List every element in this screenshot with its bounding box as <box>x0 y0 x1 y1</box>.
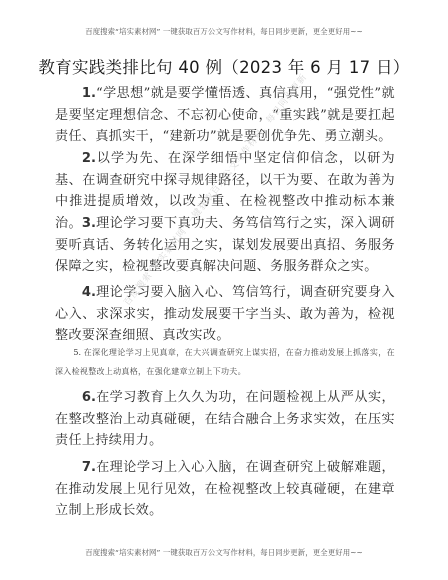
paragraph-text: 在学习教育上久久为功，在问题检视上从严从实，在整改整治上动真碰硬，在结合融合上务… <box>55 390 395 448</box>
paragraph-text: 在深化理论学习上见真章，在大兴调查研究上谋实招，在奋力推动发展上抓落实，在深入检… <box>55 348 395 376</box>
paragraph-text: “学思想”就是要学懂悟透、真信真用，“强党性”就是要坚定理想信念、不忘初心使命，… <box>55 86 395 144</box>
paragraph-4: 4.理论学习要入脑入心、笃信笃行，调查研究要身入心入、求深求实，推动发展要干字当… <box>55 282 395 347</box>
paragraph-1: 1.“学思想”就是要学懂悟透、真信真用，“强党性”就是要坚定理想信念、不忘初心使… <box>55 83 395 148</box>
header-note: 百度搜索“培实素材网” 一键获取百万公文写作材料，每日同步更新，更全更好用~~ <box>0 26 448 37</box>
paragraph-5: 5. 在深化理论学习上见真章，在大兴调查研究上谋实招，在奋力推动发展上抓落实，在… <box>55 343 395 381</box>
footer-note: 百度搜索“培实素材网” 一键获取百万公文写作材料，每日同步更新，更全更好用~~ <box>0 547 448 558</box>
paragraph-3: 3.理论学习要下真功夫、务笃信笃行之实，深入调研要听真话、务转化运用之实，谋划发… <box>55 213 395 278</box>
paragraph-number: 4. <box>82 285 96 300</box>
paragraph-text: 在理论学习上入心入脑，在调查研究上破解难题，在推动发展上见行见效，在检视整改上较… <box>55 460 395 518</box>
paragraph-7: 7.在理论学习上入心入脑，在调查研究上破解难题，在推动发展上见行见效，在检视整改… <box>55 457 395 522</box>
paragraph-6: 6.在学习教育上久久为功，在问题检视上从严从实，在整改整治上动真碰硬，在结合融合… <box>55 387 395 452</box>
paragraph-number: 5. <box>73 348 83 357</box>
document-title: 教育实践类排比句 40 例（2023 年 6 月 17 日） <box>0 54 448 78</box>
paragraph-number: 1. <box>82 86 96 101</box>
paragraph-text: 理论学习要下真功夫、务笃信笃行之实，深入调研要听真话、务转化运用之实，谋划发展要… <box>55 216 395 274</box>
paragraph-number: 7. <box>82 460 96 475</box>
paragraph-text: 理论学习要入脑入心、笃信笃行，调查研究要身入心入、求深求实，推动发展要干字当头、… <box>55 285 395 343</box>
paragraph-number: 3. <box>82 216 96 231</box>
paragraph-number: 6. <box>82 390 96 405</box>
paragraph-number: 2. <box>82 151 96 166</box>
